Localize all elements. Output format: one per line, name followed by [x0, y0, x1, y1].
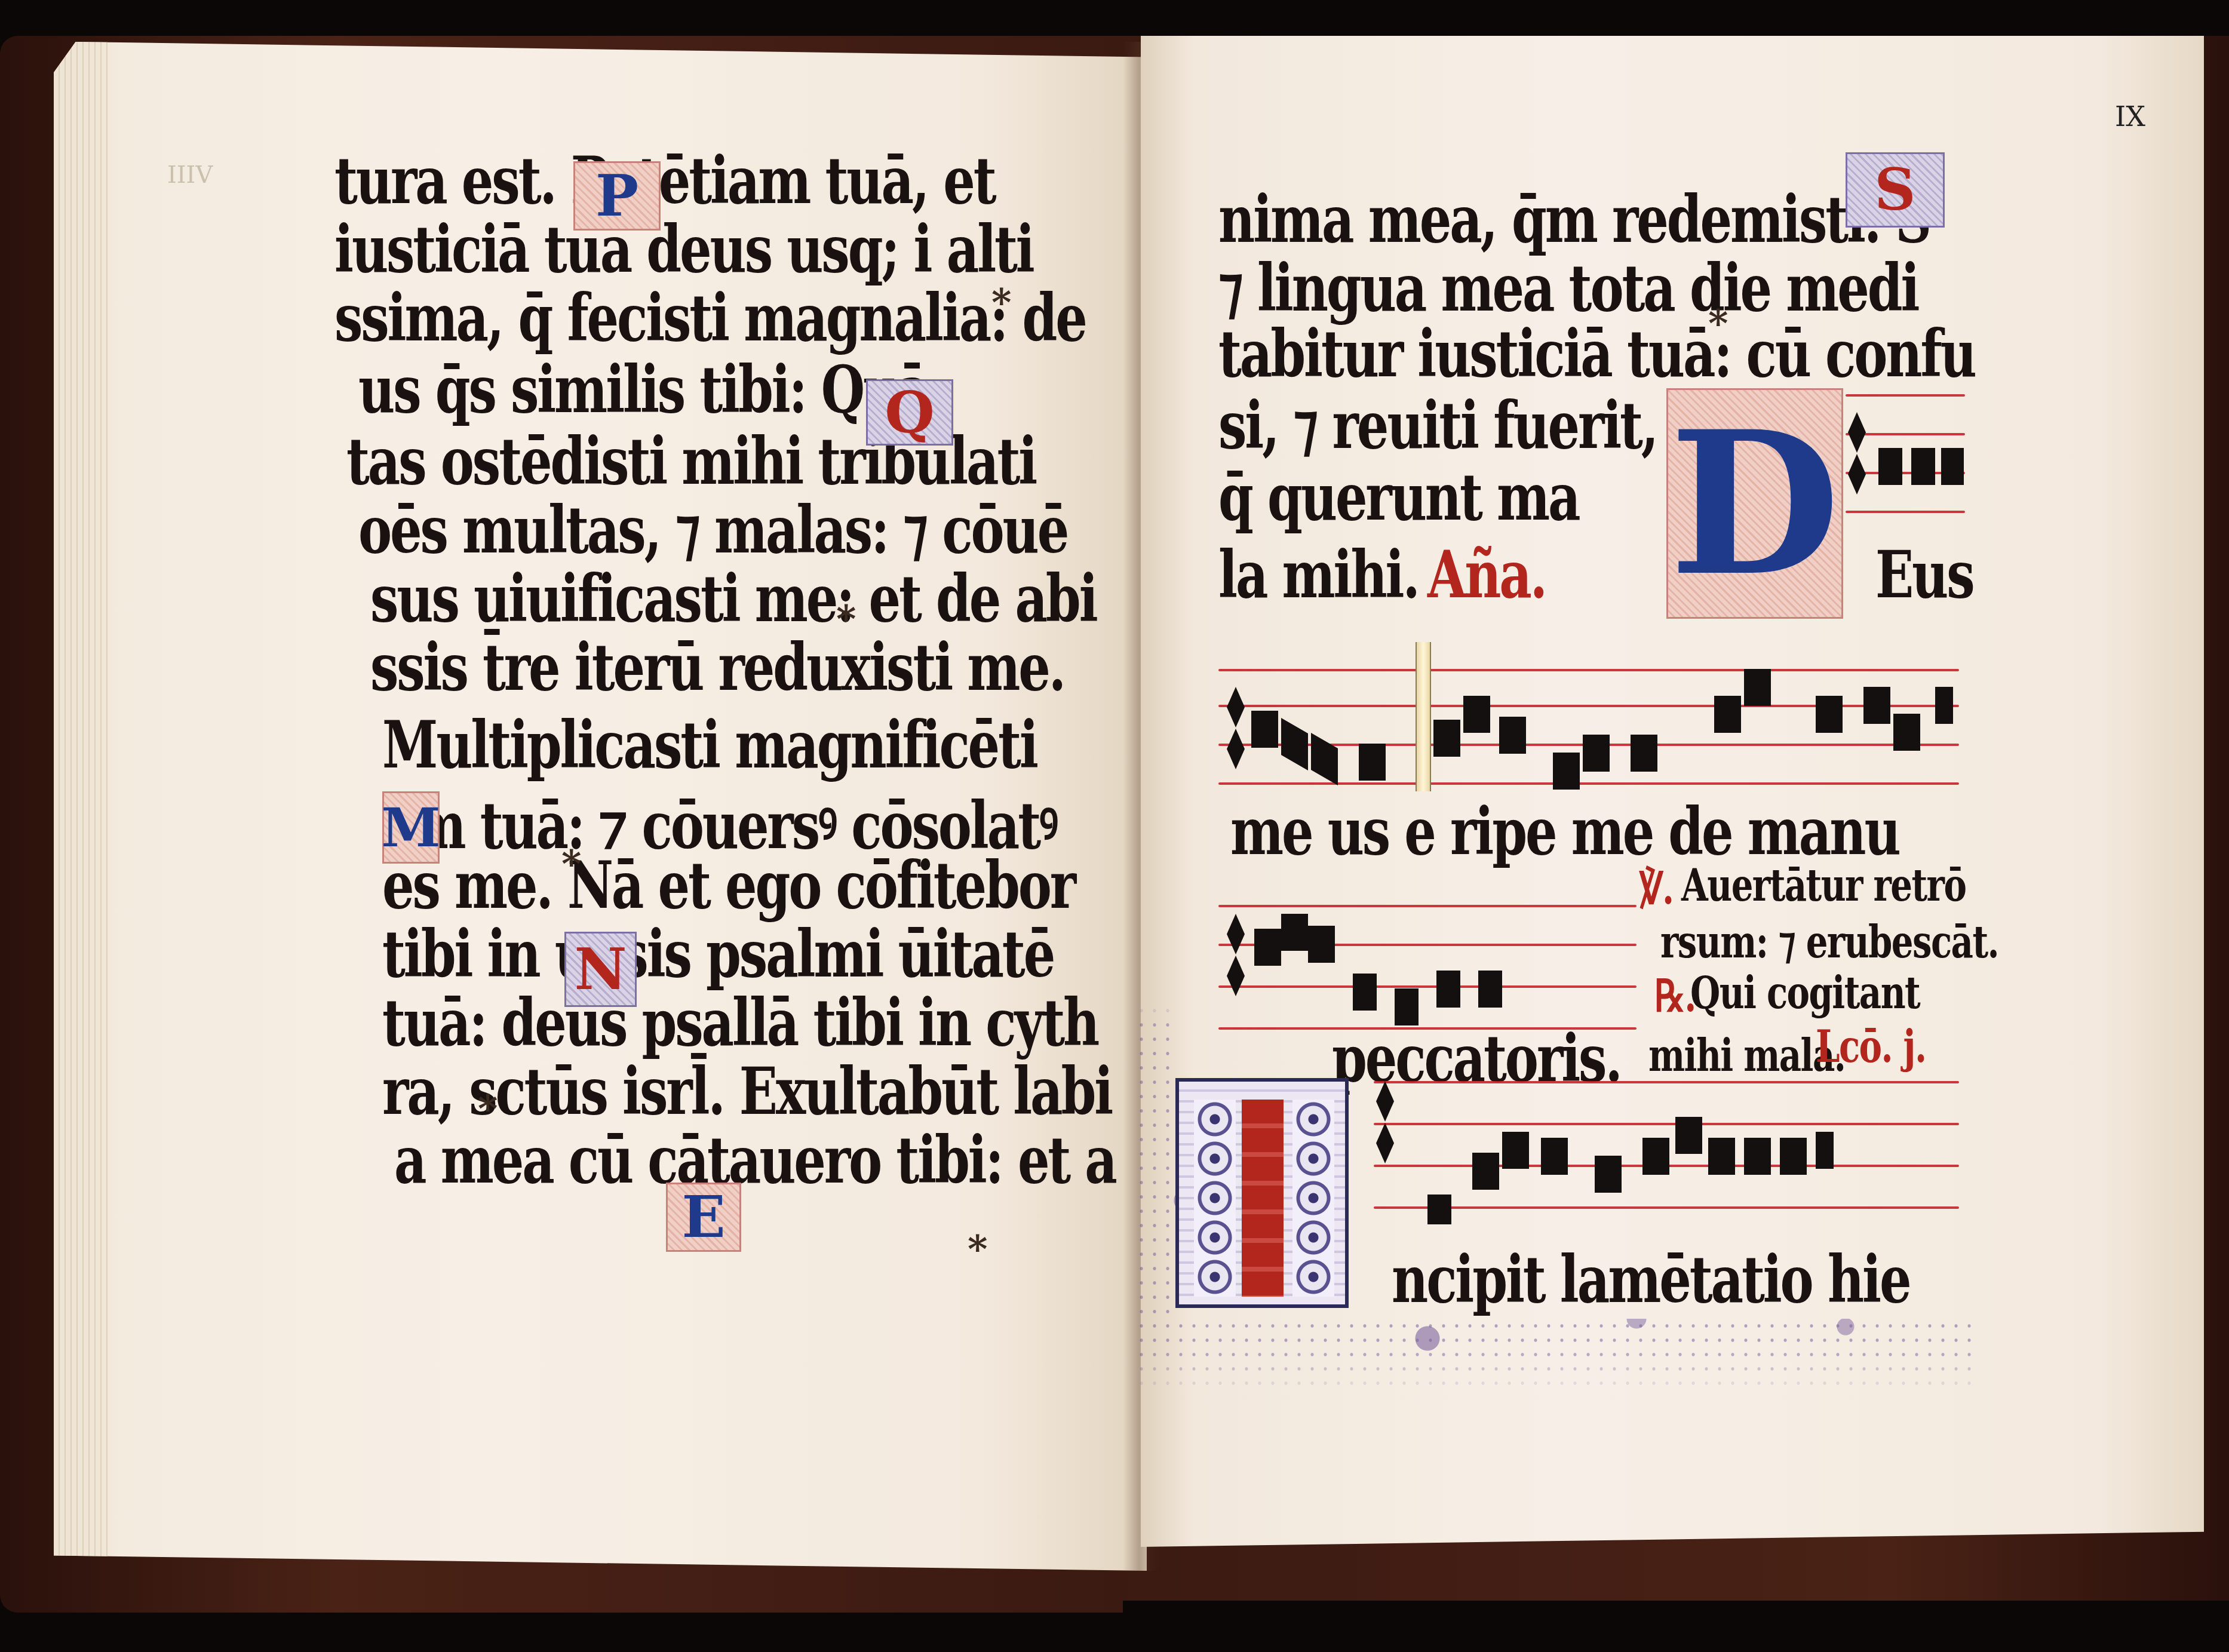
music-staff [1846, 394, 1965, 585]
response-text: Qui cogitant [1690, 968, 1920, 1019]
text-line: oēs multas, ⁊ malas: ⁊ cōuē [358, 493, 1067, 568]
text-line: tibi in uasis psalmi ūitatē [382, 917, 1054, 992]
illuminated-initial-d: D [1666, 388, 1843, 619]
text-line: Multiplicasti magnificēti [382, 708, 1037, 783]
asterisk-mark: * [991, 281, 1011, 326]
music-staff [1374, 1081, 1959, 1236]
text-line: nima mea, q̄m redemisti. S [1218, 182, 1930, 257]
text-line: sus uiuificasti me: et de abi [370, 561, 1097, 637]
asterisk-mark: * [561, 842, 581, 887]
illuminated-initial-s: S [1846, 152, 1945, 228]
text-line: es me. Nā et ego cōfitebor [382, 848, 1074, 923]
chant-syllables: me us e ripe me de manu [1230, 794, 1899, 870]
initial-i-shaft [1242, 1100, 1284, 1297]
folio-number: IX [2115, 100, 2145, 133]
illuminated-initial-m: M [382, 791, 440, 864]
music-staff [1218, 887, 1637, 1042]
versicle-text: Auertātur retrō [1681, 860, 1966, 911]
asterisk-mark: * [836, 597, 856, 642]
text-line: ssima, q̄ fecisti magnalia: de [334, 281, 1086, 356]
text-line: ssis t̄re iterū reduxisti me. [370, 630, 1064, 705]
music-staff [1218, 654, 1959, 791]
text-line: tabitur iusticiā tuā: cū confu [1218, 317, 1975, 392]
text-line: tuā: deus psallā tibi in cyth [382, 985, 1098, 1061]
illuminated-initial-q: Q [866, 379, 953, 446]
lamentation-incipit: ncipit lamētatio hie [1392, 1242, 1909, 1318]
illuminated-initial-n: N [564, 932, 637, 1007]
c-clef-icon [1224, 914, 1248, 997]
ghost-folio-mark: IIIV [167, 161, 213, 189]
versicle-marker: ℣. [1639, 863, 1673, 914]
text-line: la mihi. [1218, 538, 1419, 613]
rubric-antiphon: Aña. [1427, 538, 1546, 613]
text-line: tura est. Potētiam tuā, et [334, 143, 995, 219]
c-clef-icon [1374, 1081, 1398, 1165]
rubric-lectio: Lcō. j. [1816, 1021, 1926, 1073]
asterisk-mark: * [1708, 302, 1728, 346]
asterisk-mark: * [968, 1227, 987, 1272]
illuminated-initial-i [1175, 1078, 1349, 1308]
text-line: si, ⁊ reuiti fuerit, [1218, 388, 1657, 463]
versicle-text: rsum: ⁊ erubescāt. [1660, 917, 1998, 968]
text-line: q̄ querunt ma [1218, 460, 1579, 535]
barline [1416, 642, 1431, 791]
c-clef-icon [1224, 687, 1248, 770]
illuminated-initial-e: E [666, 1183, 741, 1252]
response-marker: ℞. [1654, 971, 1696, 1022]
text-line: iusticiā tuā deus usq; i alti [334, 212, 1033, 287]
text-line: ⁊ lingua mea tota die medi [1218, 251, 1918, 326]
asterisk-mark: * [478, 1087, 498, 1132]
text-line: us q̄s similis tibi: Quā [358, 352, 929, 428]
illuminated-initial-p: P [573, 161, 661, 231]
c-clef-icon [1846, 412, 1869, 496]
text-line: a mea cū cātauero tibi: et a [394, 1123, 1116, 1198]
